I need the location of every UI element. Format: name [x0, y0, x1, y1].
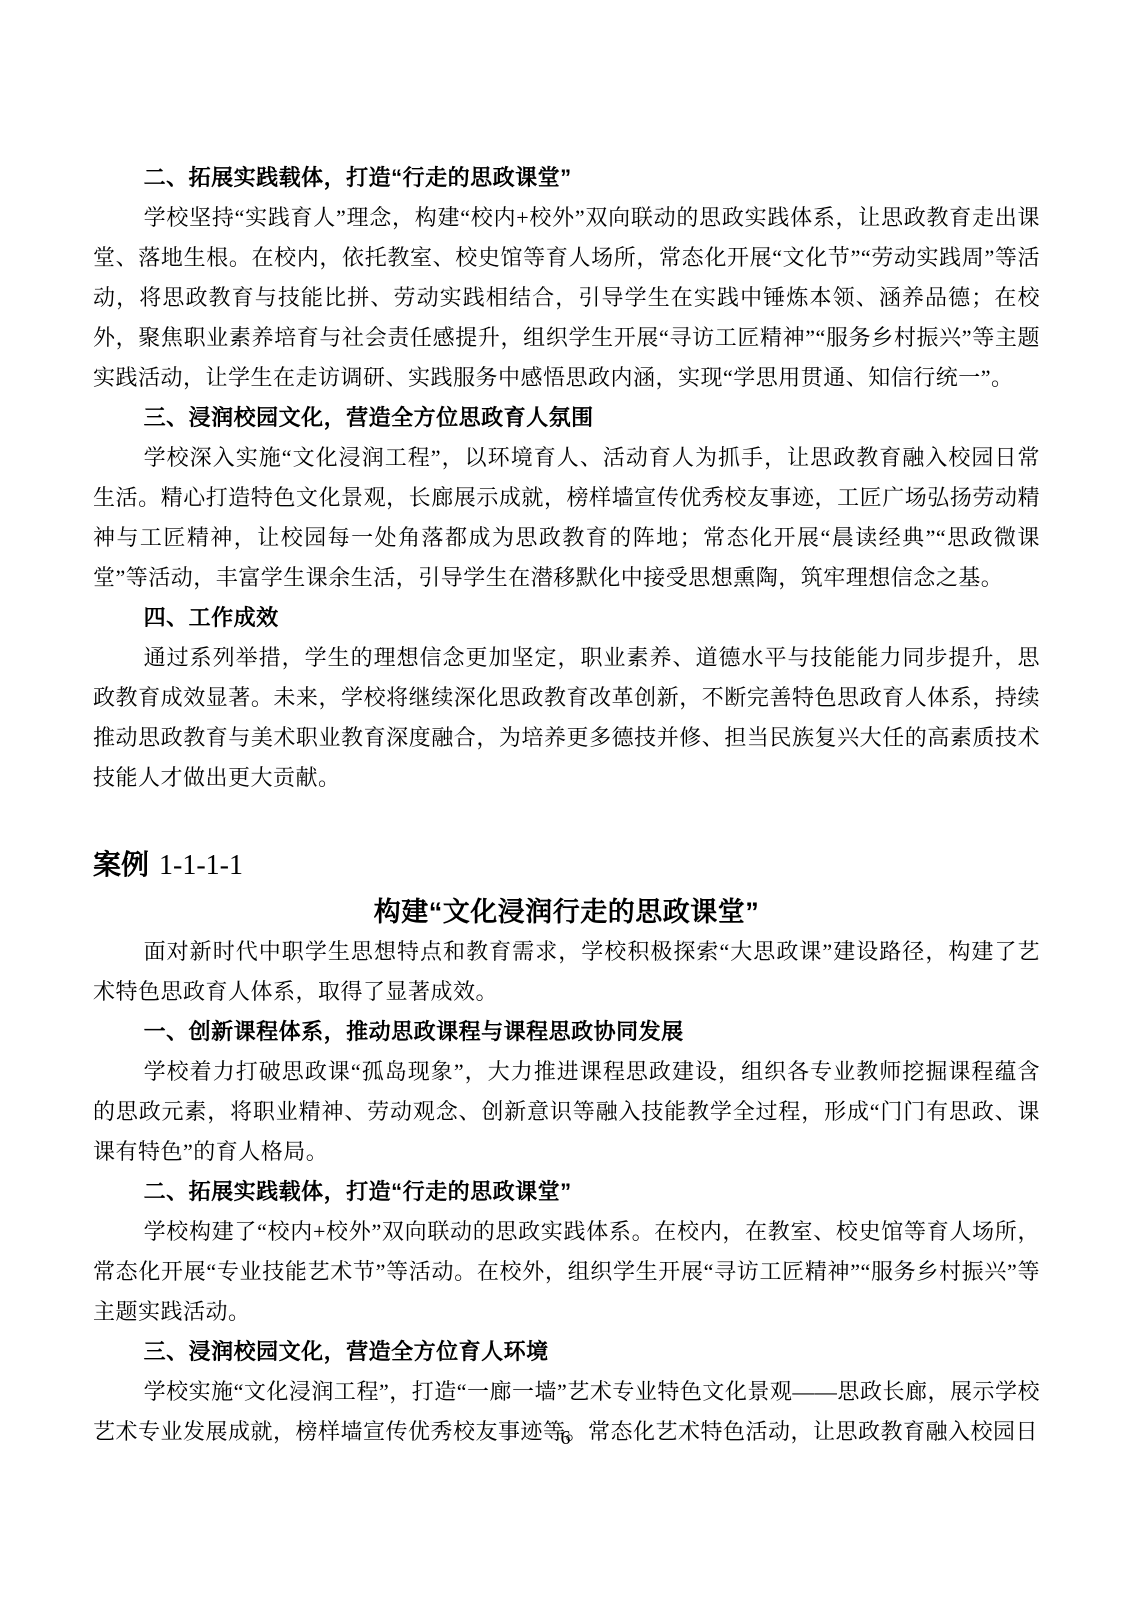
case-section-paragraph-1: 学校着力打破思政课“孤岛现象”，大力推进课程思政建设，组织各专业教师挖掘课程蕴含… [93, 1052, 1040, 1172]
case-label: 案例 [93, 849, 149, 880]
section-heading-3: 三、浸润校园文化，营造全方位思政育人氛围 [93, 398, 1040, 438]
document-body: 二、拓展实践载体，打造“行走的思政课堂” 学校坚持“实践育人”理念，构建“校内+… [93, 158, 1040, 1452]
case-number: 1-1-1-1 [159, 850, 243, 881]
case-intro-paragraph: 面对新时代中职学生思想特点和教育需求，学校积极探索“大思政课”建设路径，构建了艺… [93, 932, 1040, 1012]
document-page: 二、拓展实践载体，打造“行走的思政课堂” 学校坚持“实践育人”理念，构建“校内+… [0, 0, 1131, 1600]
section-heading-2: 二、拓展实践载体，打造“行走的思政课堂” [93, 158, 1040, 198]
case-section-heading-1: 一、创新课程体系，推动思政课程与课程思政协同发展 [93, 1012, 1040, 1052]
case-section-heading-2: 二、拓展实践载体，打造“行走的思政课堂” [93, 1172, 1040, 1212]
section-paragraph-2: 学校坚持“实践育人”理念，构建“校内+校外”双向联动的思政实践体系，让思政教育走… [93, 198, 1040, 398]
case-section-heading-3: 三、浸润校园文化，营造全方位育人环境 [93, 1332, 1040, 1372]
section-heading-4: 四、工作成效 [93, 598, 1040, 638]
case-title: 构建“文化浸润行走的思政课堂” [93, 892, 1040, 932]
section-paragraph-4: 通过系列举措，学生的理想信念更加坚定，职业素养、道德水平与技能能力同步提升，思政… [93, 638, 1040, 798]
case-label-line: 案例1-1-1-1 [93, 842, 1040, 892]
page-number: 6 [0, 1424, 1131, 1452]
section-paragraph-3: 学校深入实施“文化浸润工程”，以环境育人、活动育人为抓手，让思政教育融入校园日常… [93, 438, 1040, 598]
case-section-paragraph-2: 学校构建了“校内+校外”双向联动的思政实践体系。在校内，在教室、校史馆等育人场所… [93, 1212, 1040, 1332]
